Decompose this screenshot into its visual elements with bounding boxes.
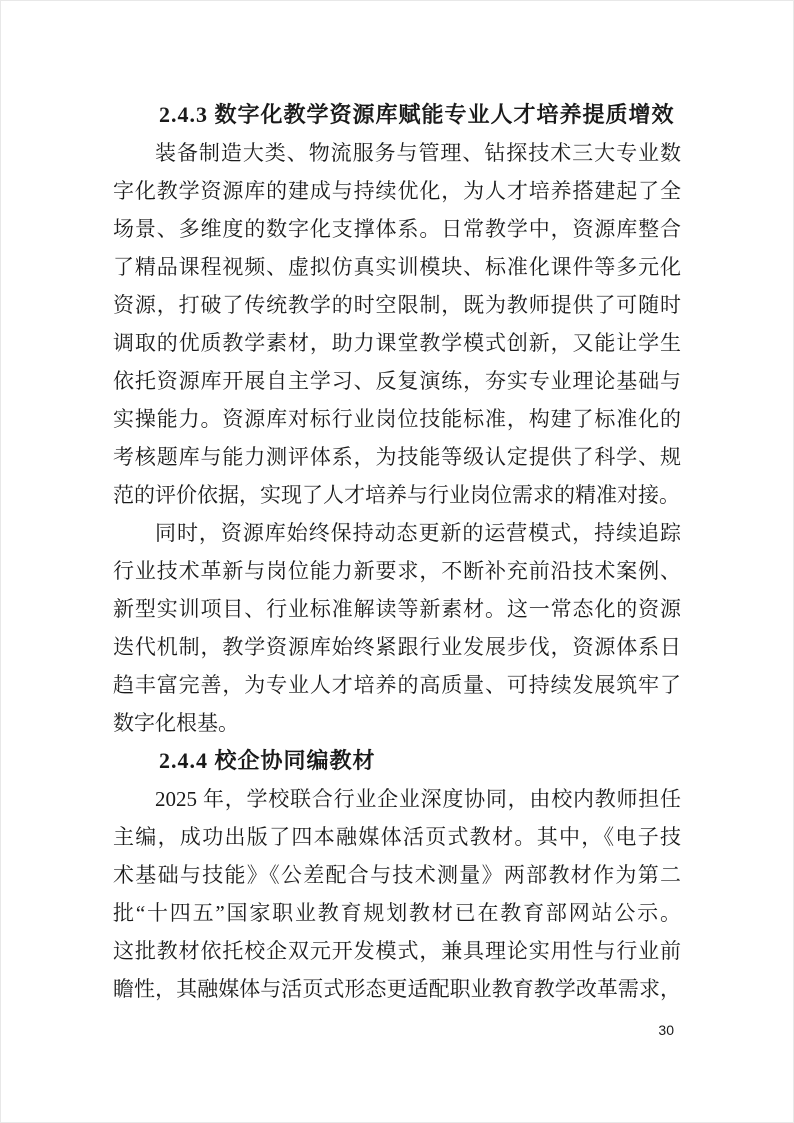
text-line: 考核题库与能力测评体系，为技能等级认定提供了科学、规 xyxy=(113,438,681,476)
text-line: 瞻性，其融媒体与活页式形态更适配职业教育教学改革需求， xyxy=(113,970,681,1008)
text-line: 资源，打破了传统教学的时空限制，既为教师提供了可随时 xyxy=(113,286,681,324)
text-line: 数字化根基。 xyxy=(113,704,681,742)
text-line: 主编，成功出版了四本融媒体活页式教材。其中，《电子技 xyxy=(113,818,681,856)
text-line: 趋丰富完善，为专业人才培养的高质量、可持续发展筑牢了 xyxy=(113,666,681,704)
text-line: 了精品课程视频、虚拟仿真实训模块、标准化课件等多元化 xyxy=(113,248,681,286)
text-line: 装备制造大类、物流服务与管理、钻探技术三大专业数 xyxy=(113,134,681,172)
page-number: 30 xyxy=(658,1022,674,1038)
text-line: 同时，资源库始终保持动态更新的运营模式，持续追踪 xyxy=(113,514,681,552)
paragraph-1: 装备制造大类、物流服务与管理、钻探技术三大专业数 字化教学资源库的建成与持续优化… xyxy=(113,134,681,514)
section-heading-2-4-3: 2.4.3 数字化教学资源库赋能专业人才培养提质增效 xyxy=(113,96,681,134)
text-line: 迭代机制，教学资源库始终紧跟行业发展步伐，资源体系日 xyxy=(113,628,681,666)
paragraph-2: 同时，资源库始终保持动态更新的运营模式，持续追踪 行业技术革新与岗位能力新要求，… xyxy=(113,514,681,742)
paragraph-3: 2025 年，学校联合行业企业深度协同，由校内教师担任 主编，成功出版了四本融媒… xyxy=(113,780,681,1008)
text-line: 2025 年，学校联合行业企业深度协同，由校内教师担任 xyxy=(113,780,681,818)
text-line: 字化教学资源库的建成与持续优化，为人才培养搭建起了全 xyxy=(113,172,681,210)
text-line: 批“十四五”国家职业教育规划教材已在教育部网站公示。 xyxy=(113,894,681,932)
text-line: 范的评价依据，实现了人才培养与行业岗位需求的精准对接。 xyxy=(113,476,681,514)
text-line: 术基础与技能》《公差配合与技术测量》两部教材作为第二 xyxy=(113,856,681,894)
section-heading-2-4-4: 2.4.4 校企协同编教材 xyxy=(113,742,681,780)
text-line: 依托资源库开展自主学习、反复演练，夯实专业理论基础与 xyxy=(113,362,681,400)
text-body: 2.4.3 数字化教学资源库赋能专业人才培养提质增效 装备制造大类、物流服务与管… xyxy=(113,96,681,1008)
text-line: 新型实训项目、行业标准解读等新素材。这一常态化的资源 xyxy=(113,590,681,628)
text-line: 行业技术革新与岗位能力新要求，不断补充前沿技术案例、 xyxy=(113,552,681,590)
document-page: 2.4.3 数字化教学资源库赋能专业人才培养提质增效 装备制造大类、物流服务与管… xyxy=(0,0,794,1123)
text-line: 实操能力。资源库对标行业岗位技能标准，构建了标准化的 xyxy=(113,400,681,438)
text-line: 场景、多维度的数字化支撑体系。日常教学中，资源库整合 xyxy=(113,210,681,248)
text-line: 这批教材依托校企双元开发模式，兼具理论实用性与行业前 xyxy=(113,932,681,970)
text-line: 调取的优质教学素材，助力课堂教学模式创新，又能让学生 xyxy=(113,324,681,362)
